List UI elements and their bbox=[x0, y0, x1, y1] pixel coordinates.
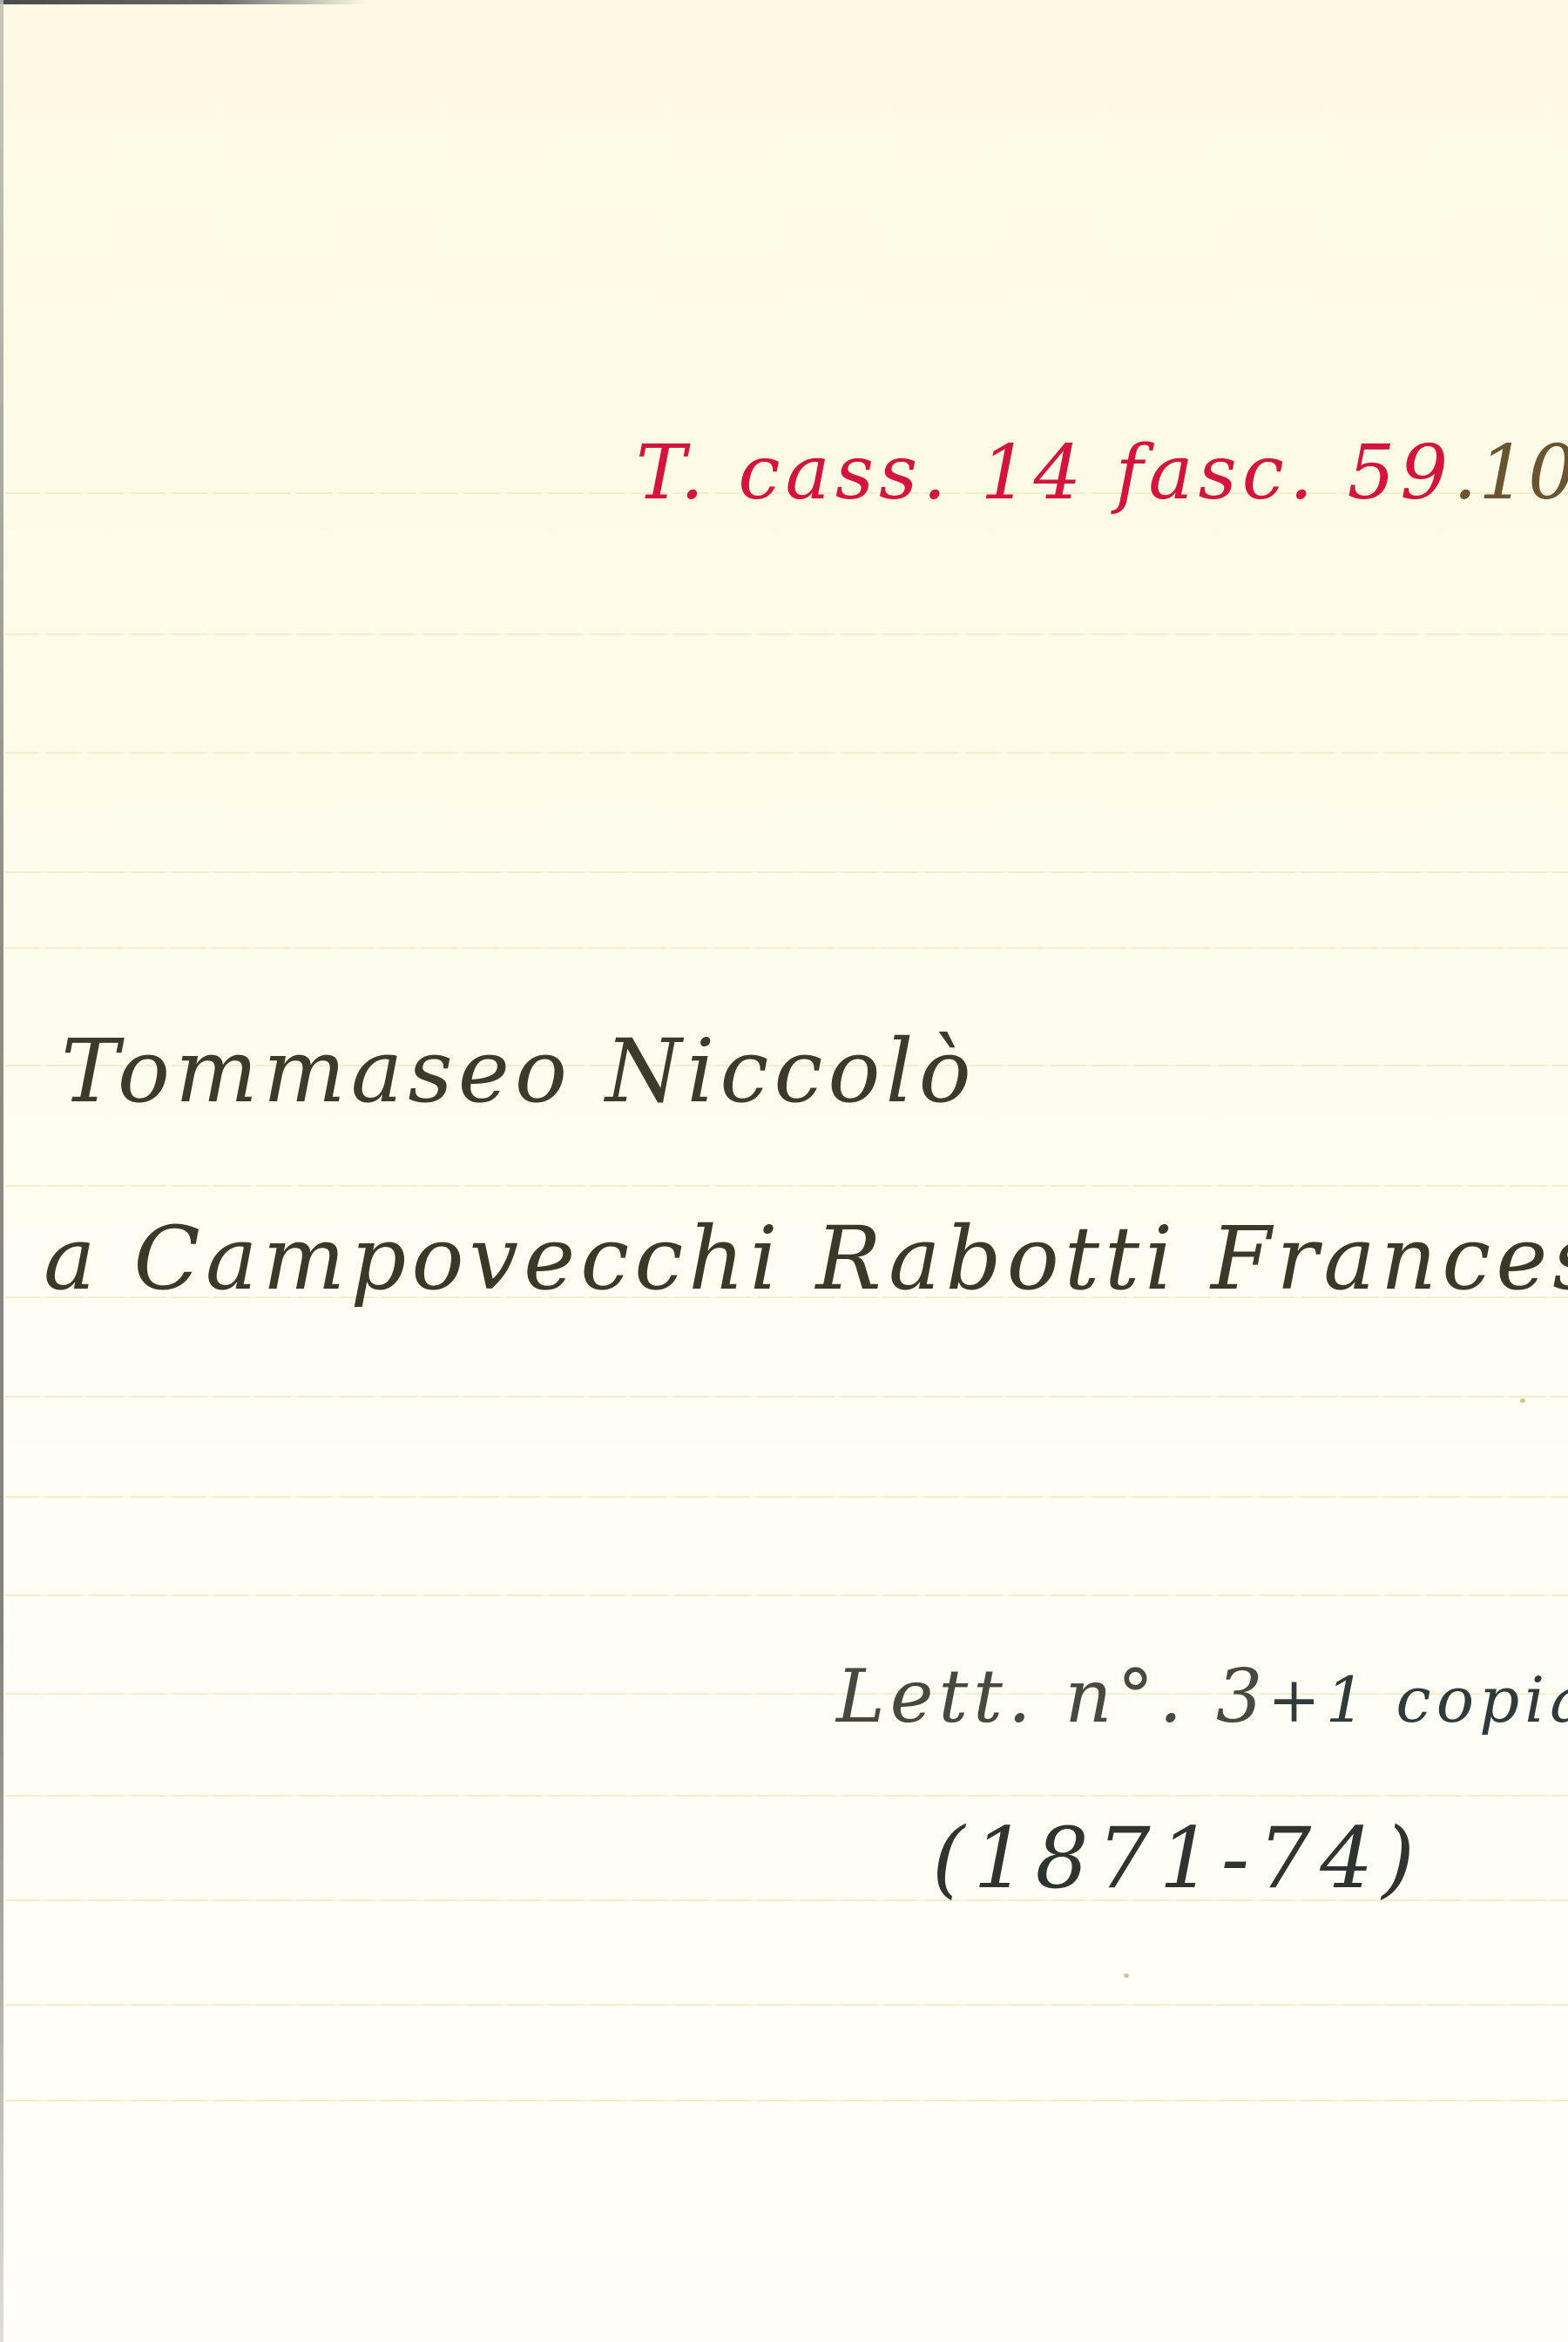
ruled-line bbox=[5, 1795, 1568, 1797]
catalog-reference-main: T. cass. 14 fasc. 59 bbox=[636, 430, 1453, 517]
ruled-line bbox=[5, 2100, 1568, 2102]
letters-count-extra: +1 copia bbox=[1267, 1663, 1568, 1736]
paper-speck bbox=[1520, 1398, 1525, 1403]
ruled-line bbox=[5, 871, 1568, 873]
catalog-reference: T. cass. 14 fasc. 59.101 bbox=[636, 436, 1568, 511]
paper-speck bbox=[1124, 1973, 1129, 1978]
ruled-line bbox=[5, 752, 1568, 754]
ruled-line bbox=[5, 1396, 1568, 1398]
correspondent-sender: Tommaseo Niccolò bbox=[61, 1028, 977, 1115]
ruled-line bbox=[5, 1594, 1568, 1596]
date-range: (1871-74) bbox=[932, 1817, 1423, 1900]
letters-count-label: Lett. n°. bbox=[836, 1654, 1187, 1739]
correspondent-recipient: a Campovecchi Rabotti Francesca bbox=[44, 1215, 1568, 1303]
letters-count-number: 3 bbox=[1216, 1654, 1267, 1739]
catalog-reference-suffix: .101 bbox=[1453, 430, 1568, 517]
ruled-line bbox=[5, 1496, 1568, 1498]
catalog-card: T. cass. 14 fasc. 59.101 Tommaseo Niccol… bbox=[0, 0, 1568, 2342]
ruled-line bbox=[5, 947, 1568, 949]
ruled-line bbox=[5, 633, 1568, 635]
ruled-line bbox=[5, 2004, 1568, 2006]
ruled-line bbox=[5, 1185, 1568, 1187]
scan-left-edge-shadow bbox=[0, 0, 3, 2342]
scan-top-edge-shadow bbox=[0, 0, 366, 4]
letters-count: Lett. n°. 3+1 copia bbox=[836, 1660, 1568, 1733]
